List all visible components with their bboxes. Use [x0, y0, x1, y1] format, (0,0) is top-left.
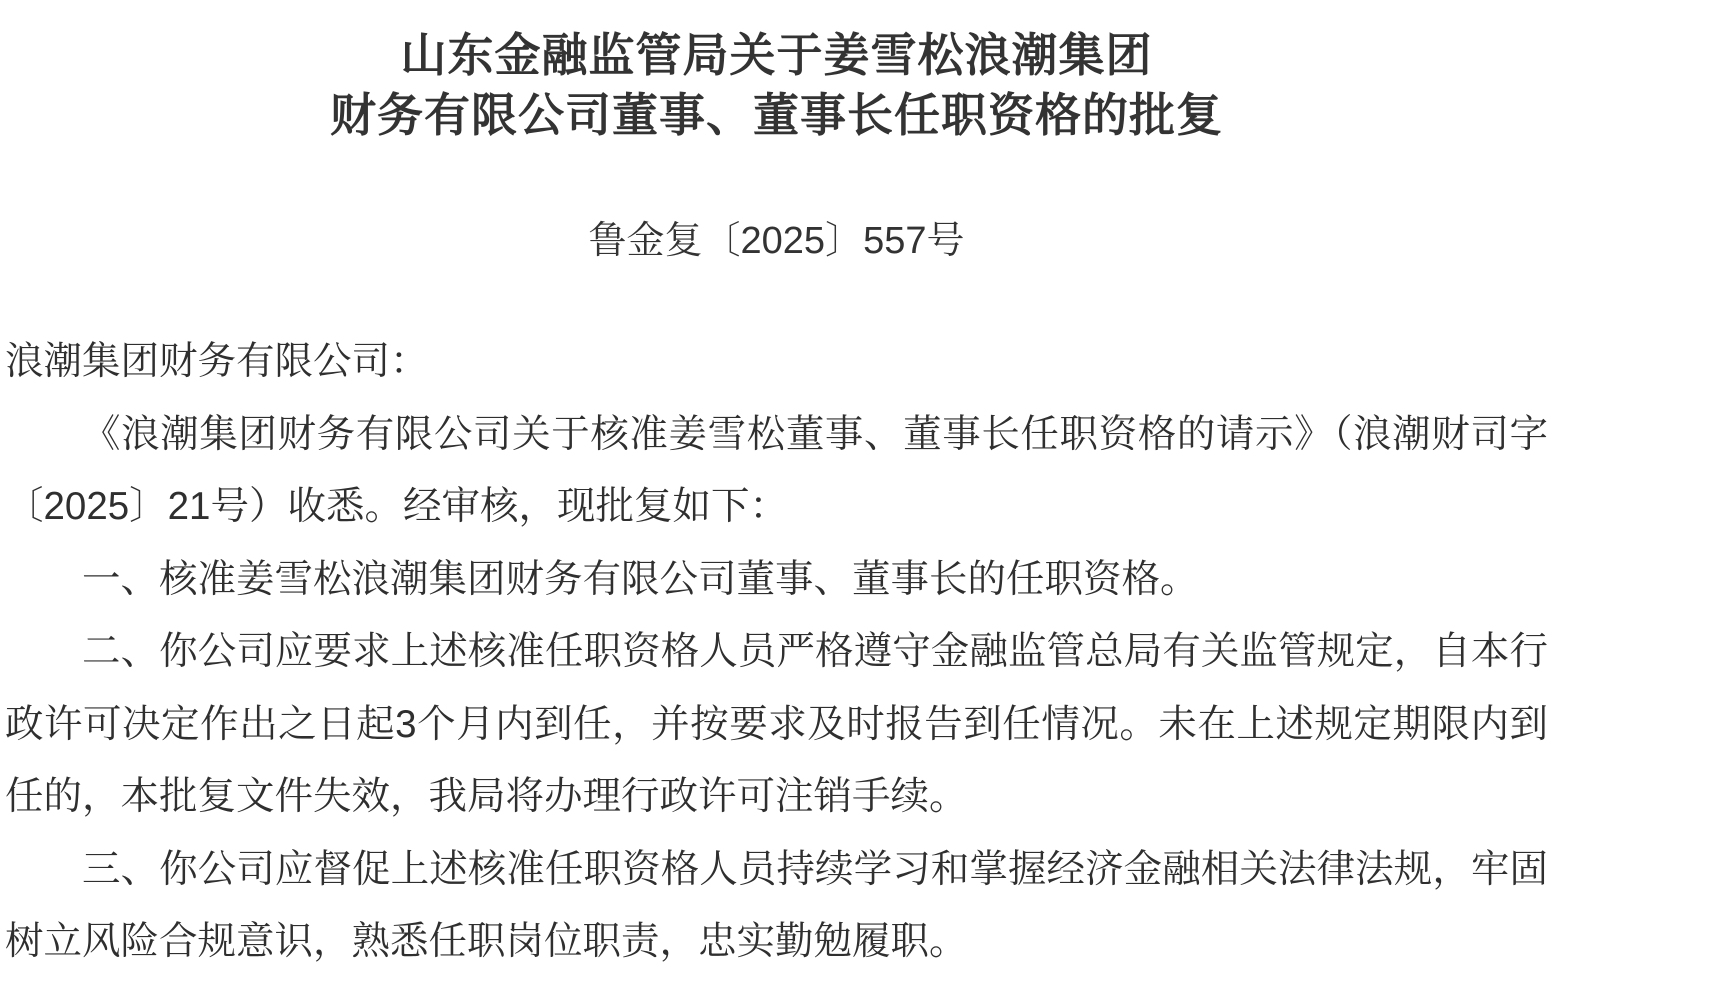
- document-content: 山东金融监管局关于姜雪松浪潮集团 财务有限公司董事、董事长任职资格的批复 鲁金复…: [0, 25, 1548, 979]
- paragraph-item-2: 二、你公司应要求上述核准任职资格人员严格遵守金融监管总局有关监管规定，自本行政许…: [5, 616, 1548, 834]
- document-title-line-1: 山东金融监管局关于姜雪松浪潮集团: [5, 25, 1548, 85]
- paragraph-item-1: 一、核准姜雪松浪潮集团财务有限公司董事、董事长的任职资格。: [5, 544, 1548, 617]
- paragraph-intro: 《浪潮集团财务有限公司关于核准姜雪松董事、董事长任职资格的请示》（浪潮财司字〔2…: [5, 399, 1548, 544]
- document-title: 山东金融监管局关于姜雪松浪潮集团 财务有限公司董事、董事长任职资格的批复: [5, 25, 1548, 145]
- salutation: 浪潮集团财务有限公司：: [5, 326, 1548, 399]
- paragraph-item-3: 三、你公司应督促上述核准任职资格人员持续学习和掌握经济金融相关法律法规，牢固树立…: [5, 834, 1548, 979]
- document-body: 浪潮集团财务有限公司： 《浪潮集团财务有限公司关于核准姜雪松董事、董事长任职资格…: [5, 326, 1548, 979]
- document-number: 鲁金复〔2025〕557号: [5, 215, 1548, 268]
- document-title-line-2: 财务有限公司董事、董事长任职资格的批复: [5, 85, 1548, 145]
- document-page: 山东金融监管局关于姜雪松浪潮集团 财务有限公司董事、董事长任职资格的批复 鲁金复…: [0, 0, 1722, 999]
